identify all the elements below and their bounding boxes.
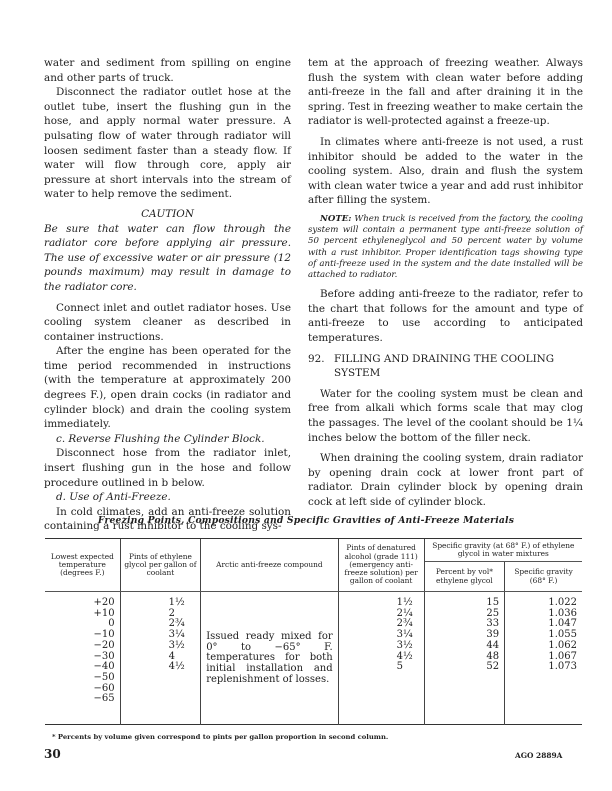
header-alcohol-pints: Pints of denatured alcohol (grade 111) (… [338, 539, 424, 592]
alcohol-pints-column: 1½ 2¼ 2¾ 3¼ 3½ 4½ 5 [338, 592, 424, 725]
cell: −20 [50, 641, 115, 652]
section-title: FILLING AND DRAINING THE COOLING SYSTEM [334, 352, 583, 381]
header-glycol-pints: Pints of ethylene glycol per gallon of c… [120, 539, 201, 592]
caution-text: Be sure that water can flow through the … [44, 222, 291, 295]
paragraph: Disconnect hose from the radiator inlet,… [44, 446, 291, 490]
header-arctic: Arctic anti-freeze compound [201, 539, 338, 592]
paragraph: Before adding anti-freeze to the radiato… [308, 287, 583, 345]
section-heading: 92. FILLING AND DRAINING THE COOLING SYS… [308, 352, 583, 381]
note-label: NOTE: [320, 214, 351, 224]
subheading-d: d. Use of Anti-Freeze. [44, 490, 291, 505]
table-caption: Freezing Points, Compositions and Specif… [0, 515, 612, 526]
specific-gravity-column: 1.022 1.036 1.047 1.055 1.062 1.067 1.07… [505, 592, 582, 725]
caution-heading: CAUTION [44, 207, 291, 222]
header-sg-group: Specific gravity (at 68° F.) of ethylene… [424, 539, 582, 562]
paragraph: Disconnect the radiator outlet hose at t… [44, 85, 291, 202]
cell: 3½ [169, 641, 196, 652]
left-column: water and sediment from spilling on engi… [44, 56, 291, 534]
arctic-note-cell: Issued ready mixed for 0° to −65° F. tem… [201, 592, 338, 725]
cell: 3½ [397, 641, 419, 652]
section-number: 92. [308, 352, 334, 381]
paragraph: When draining the cooling system, drain … [308, 451, 583, 509]
header-lowest-temp: Lowest expected temperature (degrees F.) [45, 539, 120, 592]
paragraph: Connect inlet and outlet radiator hoses.… [44, 301, 291, 345]
cell: 44 [430, 641, 500, 652]
paragraph: tem at the approach of freezing weather.… [308, 56, 583, 129]
document-id: AGO 2889A [515, 751, 562, 760]
glycol-pints-column: 1½ 2 2¾ 3¼ 3½ 4 4½ [120, 592, 201, 725]
cell: 5 [397, 662, 419, 673]
percent-vol-column: 15 25 33 39 44 48 52 [424, 592, 505, 725]
paragraph: After the engine has been operated for t… [44, 344, 291, 432]
page-number: 30 [44, 747, 61, 761]
paragraph: water and sediment from spilling on engi… [44, 56, 291, 85]
anti-freeze-table: Lowest expected temperature (degrees F.)… [45, 538, 582, 725]
cell: −65 [50, 694, 115, 705]
table-footnote: * Percents by volume given correspond to… [52, 733, 388, 741]
paragraph: Water for the cooling system must be cle… [308, 387, 583, 445]
header-percent-vol: Percent by vol* ethylene glycol [424, 562, 505, 592]
cell: 52 [430, 662, 500, 673]
subheading-c: c. Reverse Flushing the Cylinder Block. [44, 432, 291, 447]
header-specific-gravity: Specific gravity (68° F.) [505, 562, 582, 592]
paragraph: In climates where anti-freeze is not use… [308, 135, 583, 208]
temperature-column: +20 +10 0 −10 −20 −30 −40 −50 −60 −65 [45, 592, 120, 725]
cell: 1.073 [510, 662, 577, 673]
note: NOTE: When truck is received from the fa… [308, 214, 583, 281]
cell: 1.062 [510, 641, 577, 652]
cell: +10 [50, 609, 115, 620]
cell: 4½ [169, 662, 196, 673]
right-column: tem at the approach of freezing weather.… [308, 56, 583, 509]
